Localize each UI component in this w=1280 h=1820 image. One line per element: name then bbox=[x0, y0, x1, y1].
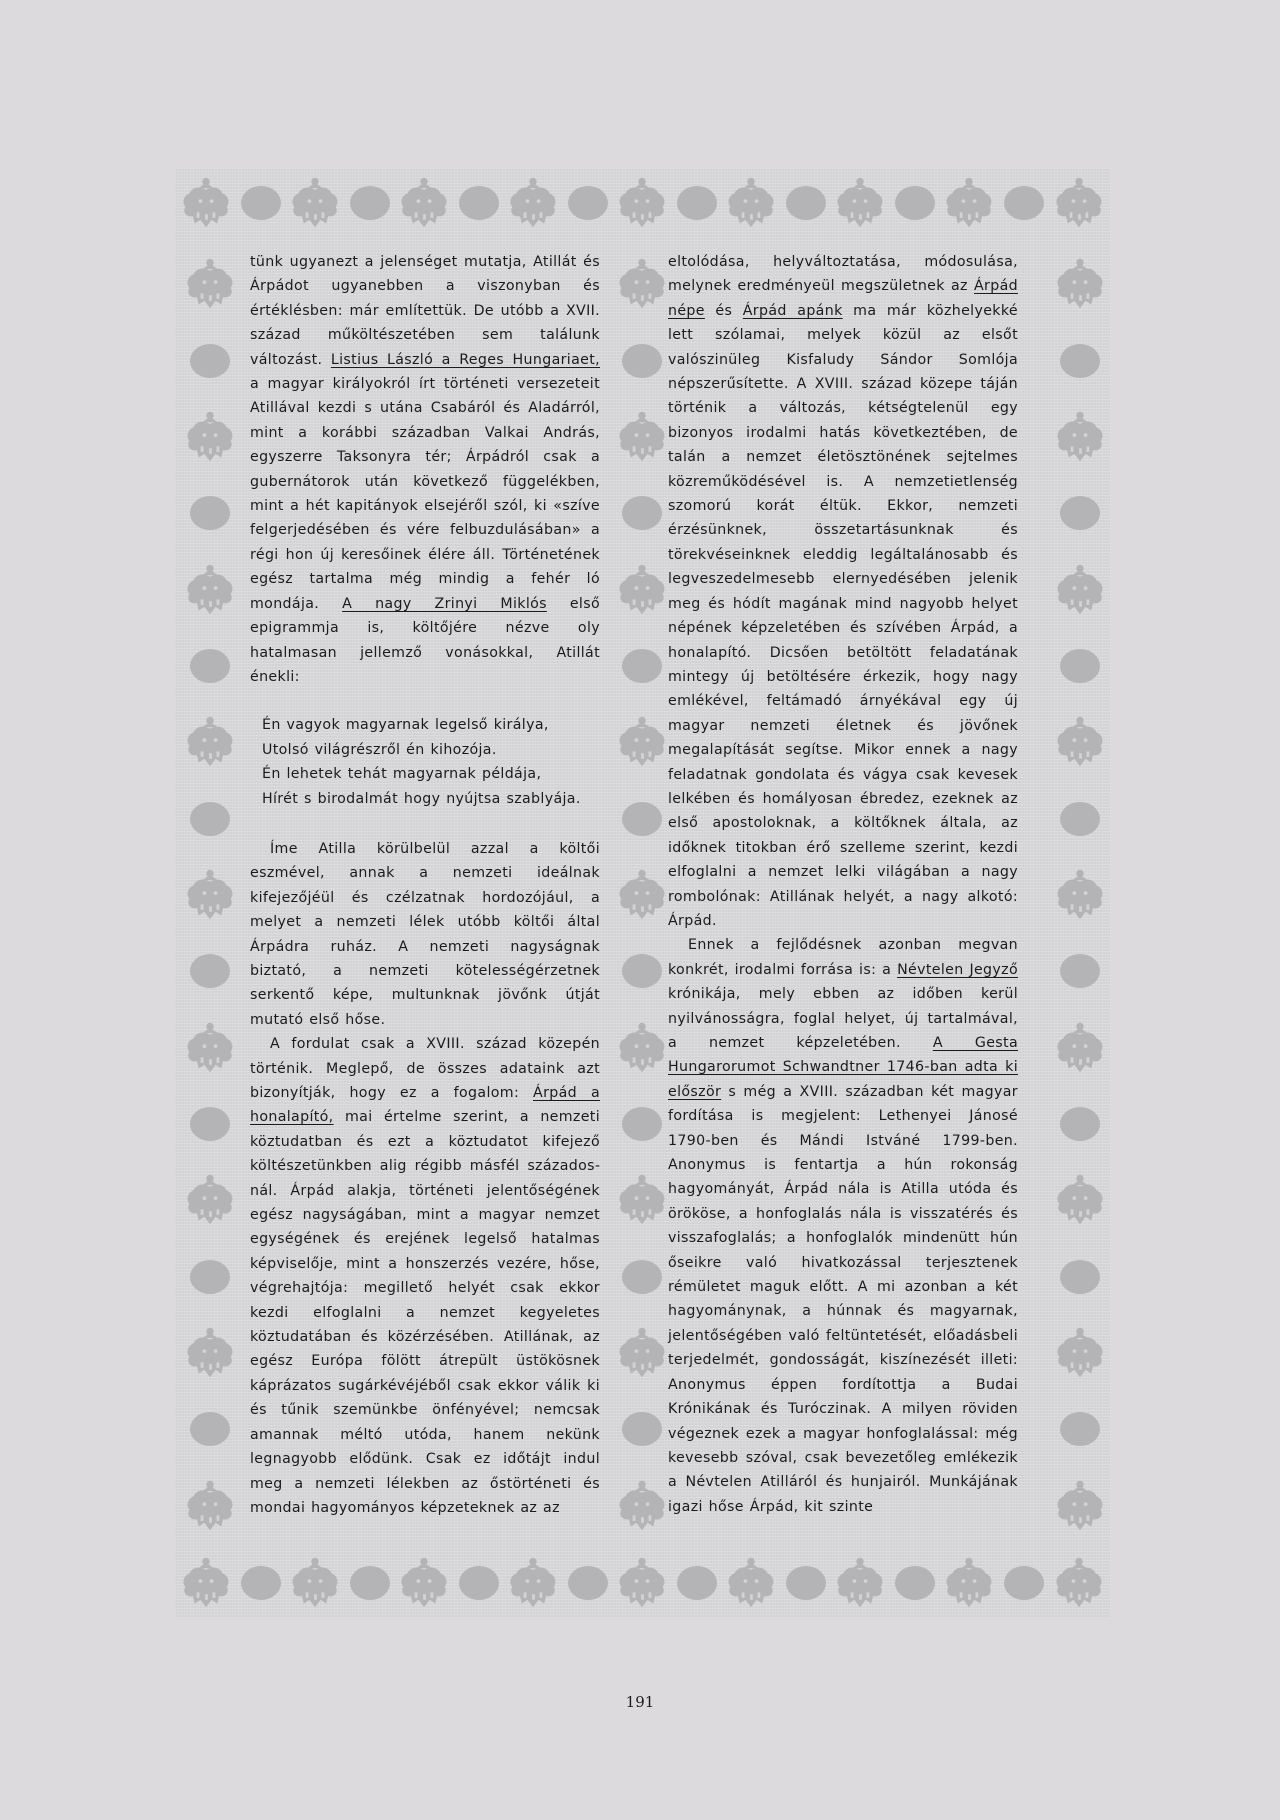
medallion-icon bbox=[241, 1566, 281, 1600]
medallion-icon bbox=[1004, 1566, 1044, 1600]
poem-line: Én lehetek tehát magyarnak példája, bbox=[262, 762, 600, 786]
medallion-icon bbox=[1060, 344, 1100, 378]
poem-line: Én vagyok magyarnak legelső királya, bbox=[262, 713, 600, 737]
poem-quote: Én vagyok magyarnak legelső királya, Uto… bbox=[262, 713, 600, 811]
page-number: 191 bbox=[0, 1693, 1280, 1711]
eagle-emblem-icon bbox=[182, 1324, 238, 1382]
eagle-emblem-icon bbox=[614, 1019, 670, 1077]
eagle-emblem-icon bbox=[1052, 1019, 1108, 1077]
poem-line: Utolsó világrészről én kihozója. bbox=[262, 738, 600, 762]
top-ornament-border bbox=[175, 168, 1110, 238]
medallion-icon bbox=[895, 186, 935, 220]
eagle-emblem-icon bbox=[1052, 866, 1108, 924]
eagle-emblem-icon bbox=[182, 713, 238, 771]
medallion-icon bbox=[1060, 649, 1100, 683]
eagle-emblem-icon bbox=[178, 174, 234, 232]
eagle-emblem-icon bbox=[1052, 1171, 1108, 1229]
medallion-icon bbox=[190, 344, 230, 378]
medallion-icon bbox=[190, 496, 230, 530]
medallion-icon bbox=[622, 1412, 662, 1446]
eagle-emblem-icon bbox=[182, 1477, 238, 1535]
eagle-emblem-icon bbox=[1052, 1324, 1108, 1382]
eagle-emblem-icon bbox=[182, 866, 238, 924]
underlined-reference: A nagy Zrinyi Miklós bbox=[342, 596, 547, 612]
eagle-emblem-icon bbox=[287, 1554, 343, 1612]
medallion-icon bbox=[622, 954, 662, 988]
medallion-icon bbox=[459, 186, 499, 220]
eagle-emblem-icon bbox=[182, 1171, 238, 1229]
eagle-emblem-icon bbox=[505, 1554, 561, 1612]
paragraph: Íme Atilla körülbelül azzal a költői esz… bbox=[250, 837, 600, 1032]
medallion-icon bbox=[350, 186, 390, 220]
eagle-emblem-icon bbox=[941, 174, 997, 232]
medallion-icon bbox=[895, 1566, 935, 1600]
medallion-icon bbox=[1060, 802, 1100, 836]
medallion-icon bbox=[1060, 496, 1100, 530]
eagle-emblem-icon bbox=[614, 1477, 670, 1535]
medallion-icon bbox=[1060, 1107, 1100, 1141]
eagle-emblem-icon bbox=[182, 408, 238, 466]
eagle-emblem-icon bbox=[723, 1554, 779, 1612]
eagle-emblem-icon bbox=[614, 255, 670, 313]
eagle-emblem-icon bbox=[614, 561, 670, 619]
medallion-icon bbox=[622, 802, 662, 836]
paragraph: Ennek a fejlődésnek azonban megvan konkr… bbox=[668, 933, 1018, 1519]
medallion-icon bbox=[1060, 1412, 1100, 1446]
medallion-icon bbox=[350, 1566, 390, 1600]
bottom-ornament-border bbox=[175, 1548, 1110, 1618]
eagle-emblem-icon bbox=[182, 561, 238, 619]
left-text-column: tünk ugyanezt a jelenséget mutatja, Atil… bbox=[250, 250, 600, 1520]
medallion-icon bbox=[622, 1260, 662, 1294]
eagle-emblem-icon bbox=[182, 1019, 238, 1077]
underlined-reference: Listius László a Reges Hungariaet, bbox=[331, 352, 600, 368]
eagle-emblem-icon bbox=[941, 1554, 997, 1612]
medallion-icon bbox=[190, 954, 230, 988]
eagle-emblem-icon bbox=[832, 1554, 888, 1612]
eagle-emblem-icon bbox=[505, 174, 561, 232]
eagle-emblem-icon bbox=[614, 408, 670, 466]
eagle-emblem-icon bbox=[396, 1554, 452, 1612]
paragraph: A fordulat csak a XVIII. század közepén … bbox=[250, 1032, 600, 1520]
medallion-icon bbox=[190, 649, 230, 683]
eagle-emblem-icon bbox=[614, 866, 670, 924]
medallion-icon bbox=[1004, 186, 1044, 220]
medallion-icon bbox=[190, 1107, 230, 1141]
poem-line: Hírét s birodalmát hogy nyújtsa szablyáj… bbox=[262, 787, 600, 811]
medallion-icon bbox=[786, 1566, 826, 1600]
medallion-icon bbox=[677, 186, 717, 220]
center-ornament-border bbox=[612, 240, 672, 1550]
underlined-reference: Névtelen Jegyző bbox=[897, 962, 1018, 978]
right-text-column: eltolódása, helyváltoztatása, módosulása… bbox=[668, 250, 1018, 1519]
medallion-icon bbox=[1060, 1260, 1100, 1294]
eagle-emblem-icon bbox=[178, 1554, 234, 1612]
eagle-emblem-icon bbox=[614, 713, 670, 771]
eagle-emblem-icon bbox=[287, 174, 343, 232]
medallion-icon bbox=[622, 649, 662, 683]
medallion-icon bbox=[677, 1566, 717, 1600]
medallion-icon bbox=[190, 1412, 230, 1446]
underlined-reference: Árpád apánk bbox=[743, 303, 843, 319]
medallion-icon bbox=[1060, 954, 1100, 988]
medallion-icon bbox=[568, 1566, 608, 1600]
eagle-emblem-icon bbox=[1052, 561, 1108, 619]
eagle-emblem-icon bbox=[1052, 408, 1108, 466]
medallion-icon bbox=[190, 1260, 230, 1294]
medallion-icon bbox=[622, 496, 662, 530]
eagle-emblem-icon bbox=[1051, 174, 1107, 232]
eagle-emblem-icon bbox=[614, 1324, 670, 1382]
eagle-emblem-icon bbox=[1052, 1477, 1108, 1535]
medallion-icon bbox=[241, 186, 281, 220]
eagle-emblem-icon bbox=[832, 174, 888, 232]
paragraph: eltolódása, helyváltoztatása, módosulása… bbox=[668, 250, 1018, 933]
medallion-icon bbox=[568, 186, 608, 220]
eagle-emblem-icon bbox=[396, 174, 452, 232]
paragraph: tünk ugyanezt a jelenséget mutatja, Atil… bbox=[250, 250, 600, 689]
eagle-emblem-icon bbox=[182, 255, 238, 313]
eagle-emblem-icon bbox=[614, 1554, 670, 1612]
medallion-icon bbox=[459, 1566, 499, 1600]
right-ornament-border bbox=[1050, 240, 1110, 1550]
eagle-emblem-icon bbox=[1052, 255, 1108, 313]
medallion-icon bbox=[622, 1107, 662, 1141]
eagle-emblem-icon bbox=[1051, 1554, 1107, 1612]
left-ornament-border bbox=[180, 240, 240, 1550]
eagle-emblem-icon bbox=[614, 174, 670, 232]
eagle-emblem-icon bbox=[1052, 713, 1108, 771]
eagle-emblem-icon bbox=[723, 174, 779, 232]
medallion-icon bbox=[786, 186, 826, 220]
medallion-icon bbox=[622, 344, 662, 378]
medallion-icon bbox=[190, 802, 230, 836]
eagle-emblem-icon bbox=[614, 1171, 670, 1229]
